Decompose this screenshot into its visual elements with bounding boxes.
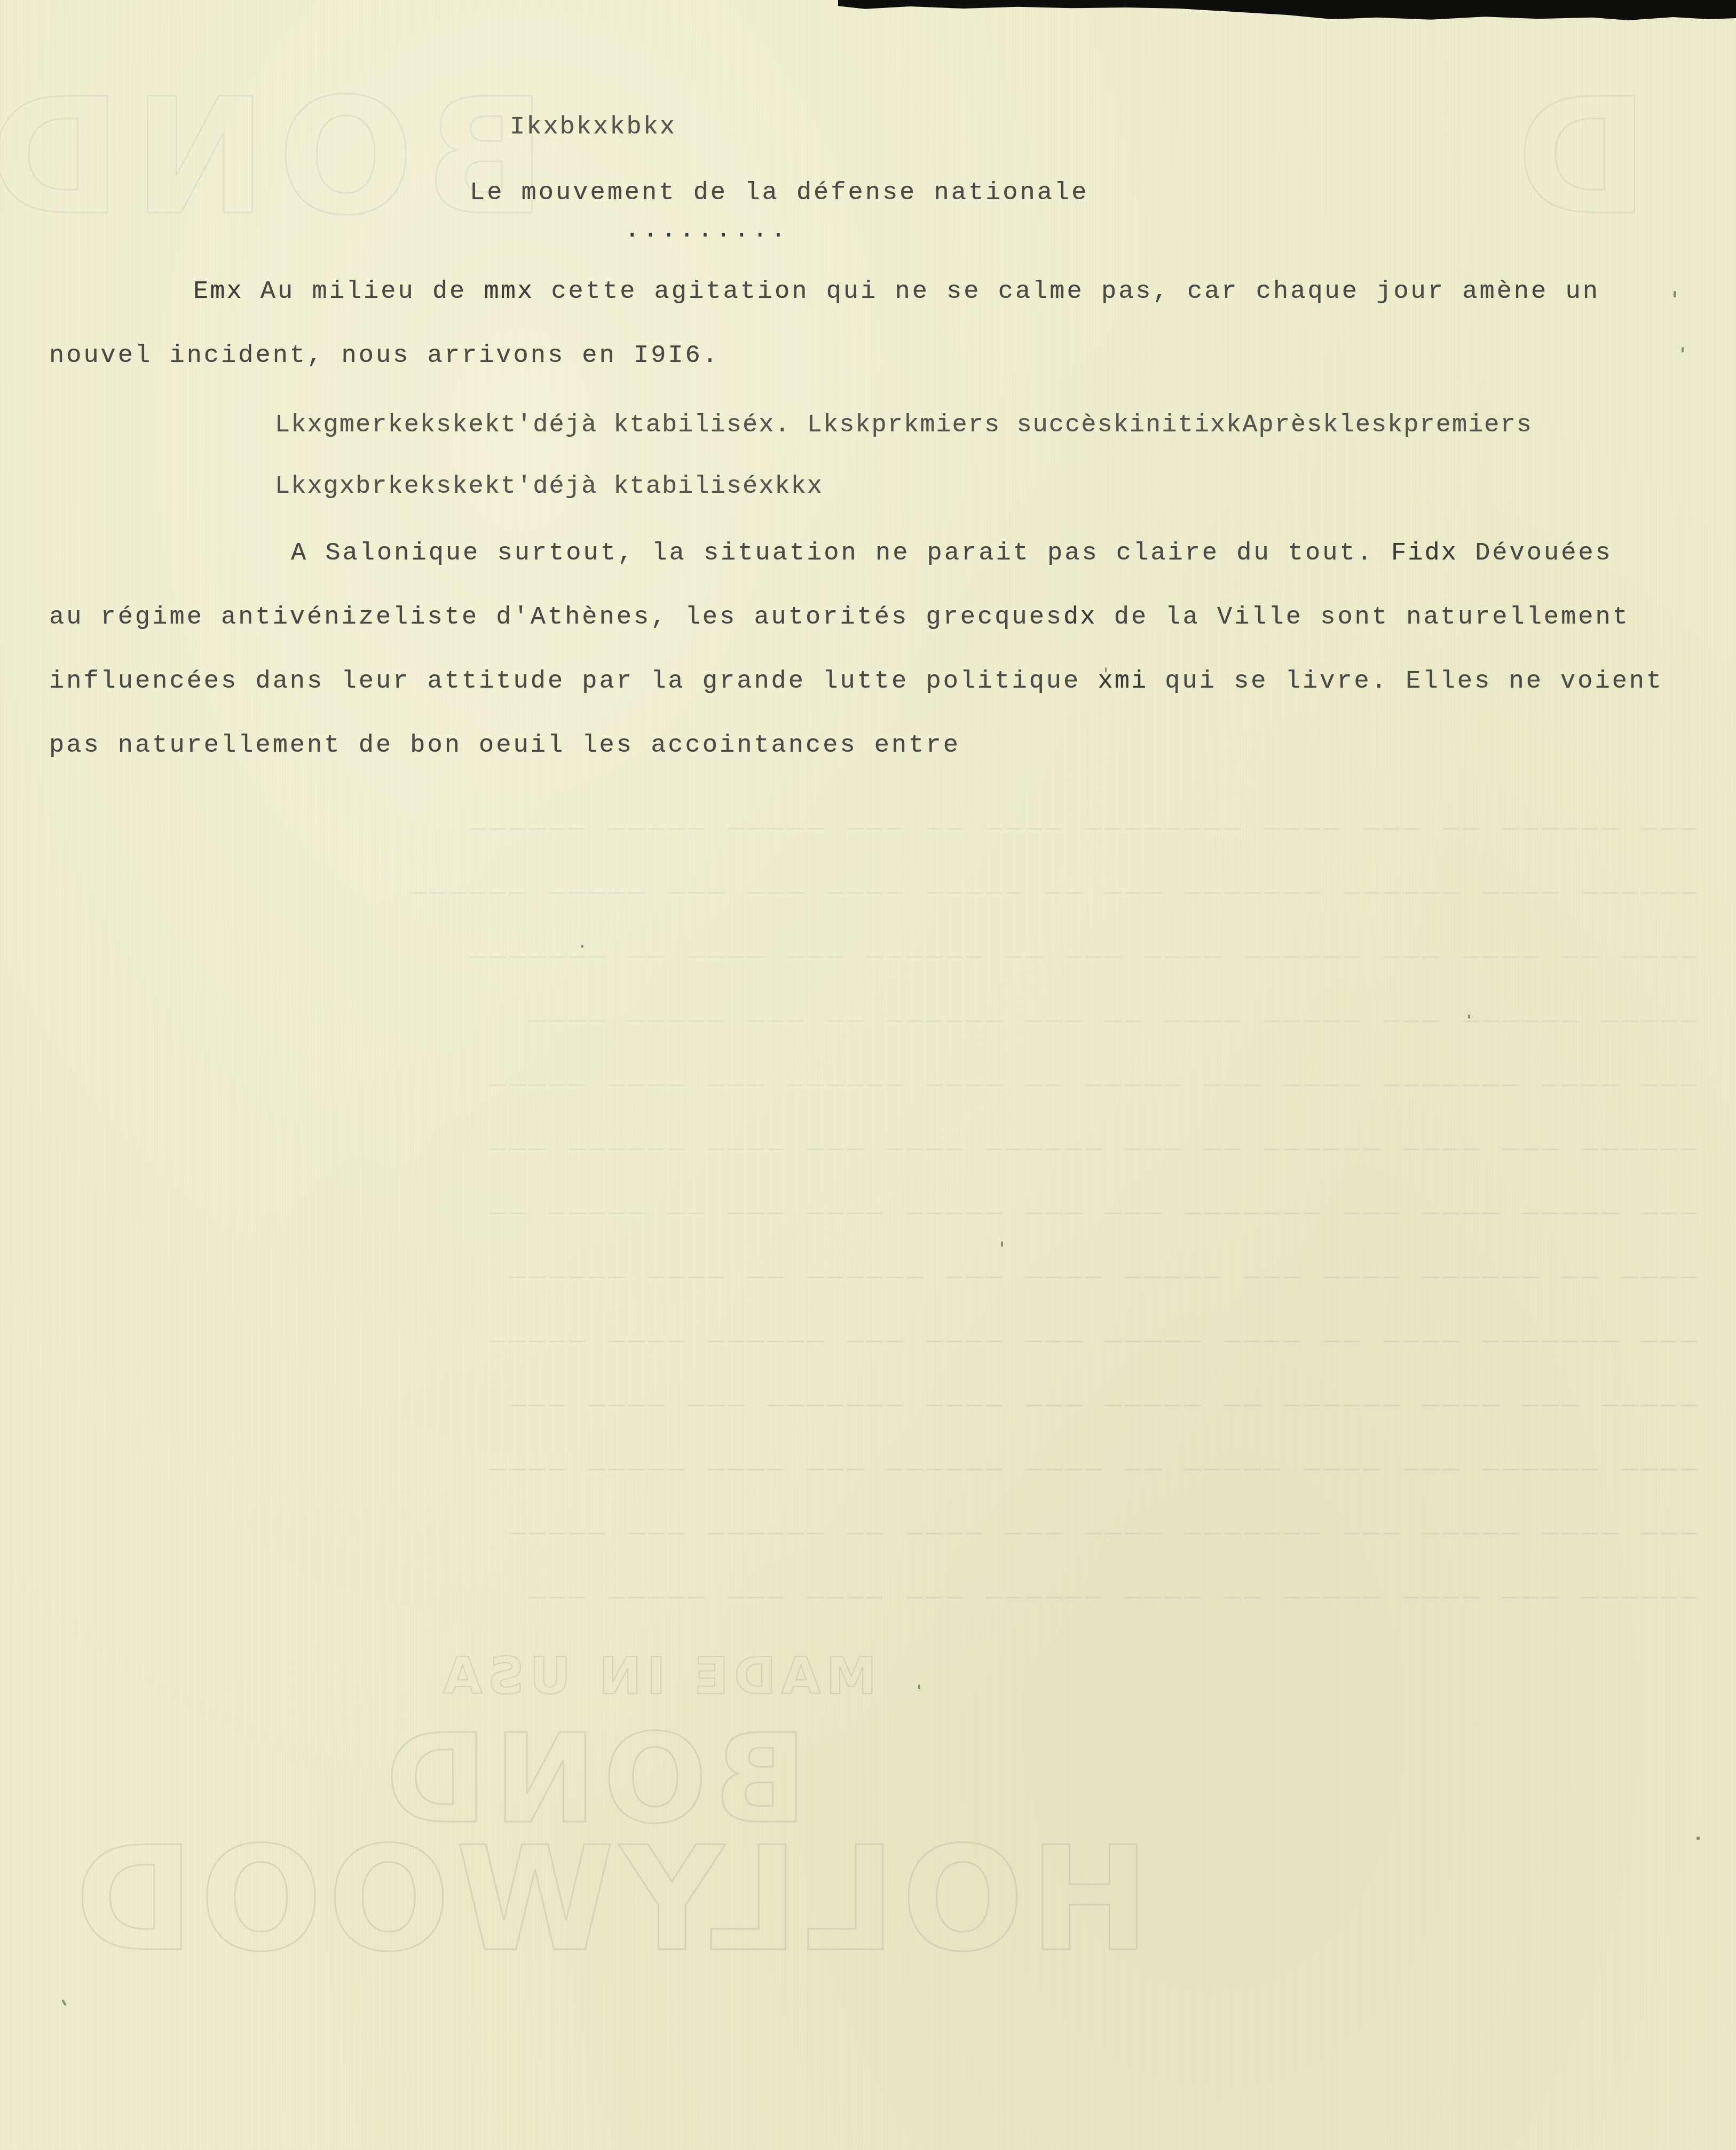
paragraph-2-line-1: A Salonique surtout, la situation ne par… — [291, 539, 1613, 568]
paragraph-2-line-4: pas naturellement de bon oeuil les accoi… — [49, 731, 960, 760]
watermark-made-in-usa: MADE IN USA — [438, 1647, 877, 1706]
struck-word: mmx — [484, 278, 534, 306]
paragraph-1-line-1: Emx Au milieu de mmx cette agitation qui… — [193, 278, 1600, 306]
struck-line-1: Lkxgmerkekskekt'déjà ktabiliséx. Lkskprk… — [275, 411, 1533, 439]
text-segment: Dévouées — [1475, 539, 1613, 568]
struck-word: dx — [1063, 603, 1096, 632]
paragraph-2-line-3: influencées dans leur attitude par la gr… — [49, 667, 1663, 696]
watermark-fragment-top-left: BOND — [0, 64, 547, 250]
paragraph-1-line-2: nouvel incident, nous arrivons en I9I6. — [49, 342, 720, 370]
text-segment: de la Ville sont naturellement — [1114, 603, 1630, 632]
watermark-hollywood: HOLLYWOOD — [69, 1815, 1150, 1983]
watermark-fragment-top-right: D — [1505, 64, 1649, 250]
text-segment: cette agitation qui ne se calme pas, car… — [551, 278, 1599, 306]
paragraph-2-line-2: au régime antivénizeliste d'Athènes, les… — [49, 603, 1630, 632]
struck-word: Fidx — [1391, 539, 1458, 568]
text-segment: Au milieu de — [261, 278, 467, 306]
text-segment: A Salonique surtout, la situation ne par… — [291, 539, 1374, 568]
document-title: Le mouvement de la défense nationale — [470, 179, 1088, 207]
text-segment: au régime antivénizeliste d'Athènes, les… — [49, 603, 1063, 632]
struck-line-2: Lkxgxbrkekskekt'déjà ktabiliséxkkx — [275, 472, 823, 501]
struck-word: Emx — [193, 278, 243, 306]
text-segment: qui se livre. Elles ne voient — [1165, 667, 1663, 696]
text-segment: influencées dans leur attitude par la gr… — [49, 667, 1080, 696]
struck-heading: Ikxbkxkbkx — [510, 113, 676, 141]
title-ornament: ......... — [625, 216, 789, 245]
